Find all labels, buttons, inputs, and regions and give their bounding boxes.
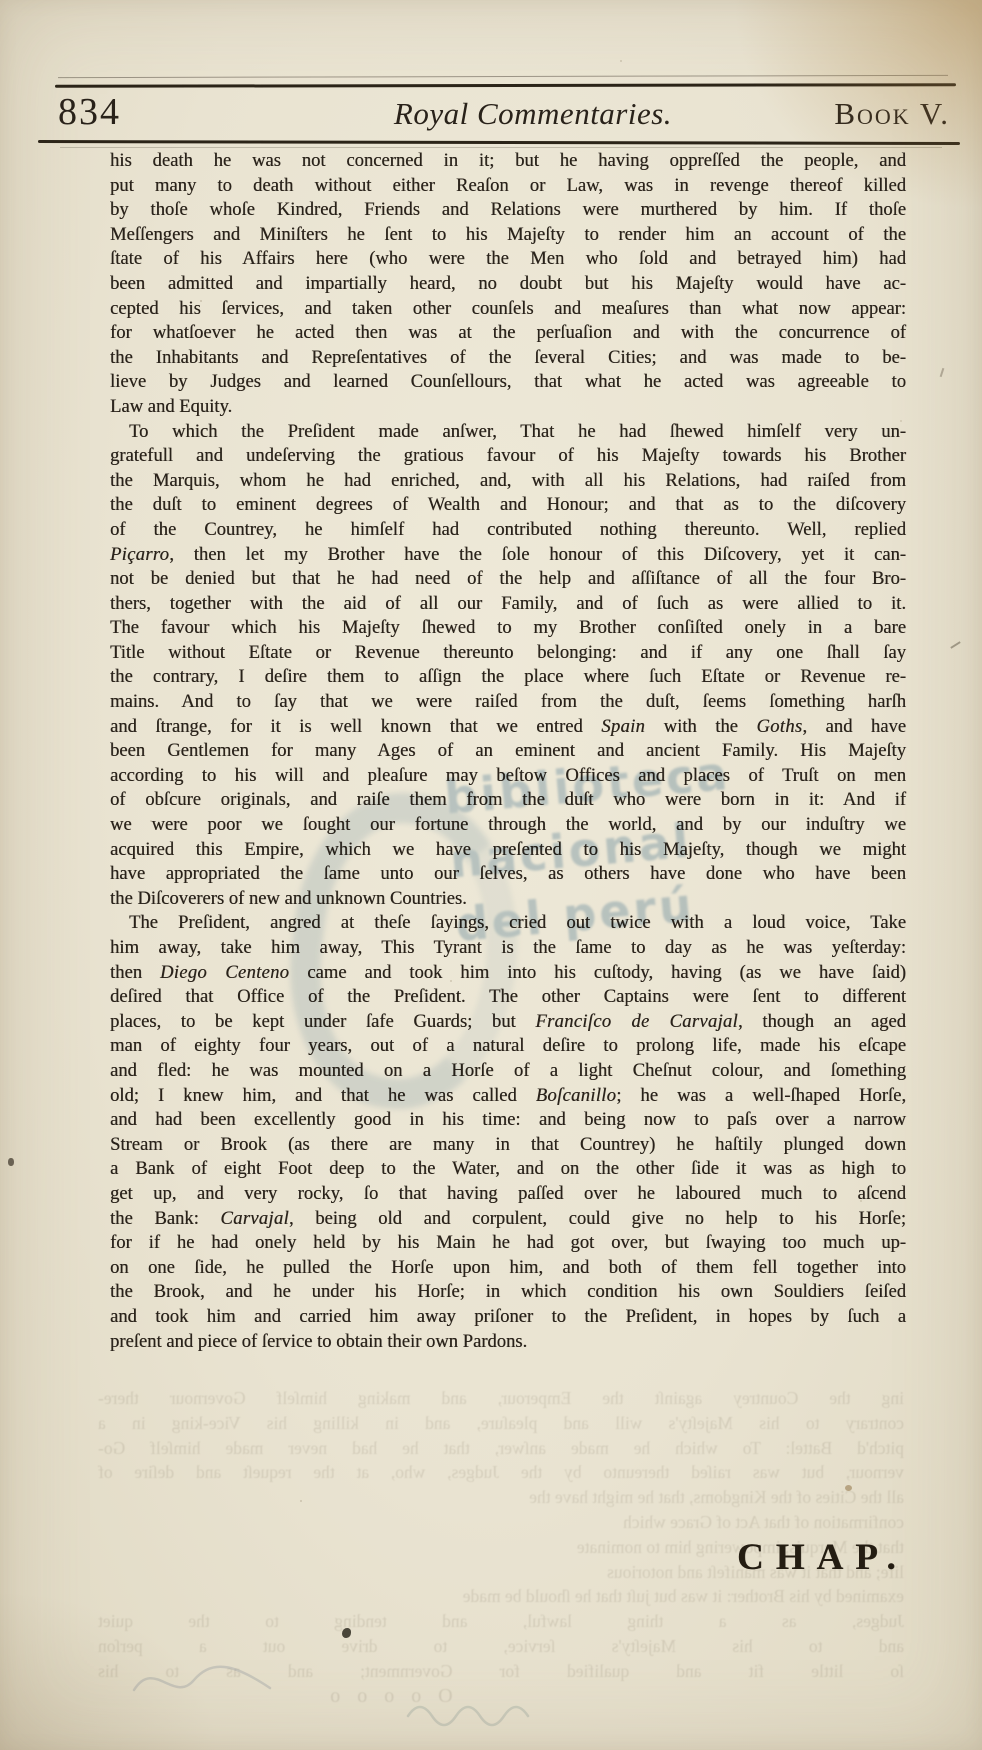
- body-text: his death he was not concerned in it; bu…: [110, 149, 906, 1354]
- ghost-line: all the Cities of the Kingdoms, that he …: [437, 1485, 904, 1510]
- text-line: and fled: he was mounted on a Horſe of a…: [110, 1059, 906, 1084]
- ghost-line: ing the Countrey againſt the Emperour, a…: [98, 1386, 904, 1411]
- text-line: the Marquis, whom he had enriched, and, …: [110, 469, 906, 494]
- ghost-line: vernour, but was raiſed thereunto by the…: [98, 1460, 904, 1485]
- margin-mark: [940, 368, 945, 377]
- text-line: the contrary, I deſire them to aſſign th…: [110, 665, 906, 690]
- text-line: his death he was not concerned in it; bu…: [110, 149, 906, 174]
- text-line: The favour which his Majeſty ſhewed to m…: [110, 616, 906, 641]
- ghost-line: contrary to his Majeſty's will and pleaſ…: [98, 1411, 904, 1436]
- text-line: of the Countrey, he himſelf had contribu…: [110, 518, 906, 543]
- ghost-line: examined by his Brother: it was but juſt…: [437, 1584, 904, 1609]
- text-line: we were poor we ſought our fortune throu…: [110, 813, 906, 838]
- text-line: ſtate of his Affairs here (who were the …: [110, 247, 906, 272]
- text-line: places, to be kept under ſafe Guards; bu…: [110, 1010, 906, 1035]
- text-line: get up, and very rocky, ſo that having p…: [110, 1182, 906, 1207]
- text-line: the Diſcoverers of new and unknown Count…: [110, 887, 906, 912]
- text-line: Meſſengers and Miniſters he ſent to his …: [110, 223, 906, 248]
- text-line: not be denied but that he had need of th…: [110, 567, 906, 592]
- pencil-mark: [402, 1692, 552, 1732]
- text-line: Title without Eſtate or Revenue thereunt…: [110, 641, 906, 666]
- text-line: according to his will and pleaſure may b…: [110, 764, 906, 789]
- text-line: preſent and piece of ſervice to obtain t…: [110, 1330, 906, 1355]
- text-line: Law and Equity.: [110, 395, 906, 420]
- text-line: by thoſe whoſe Kindred, Friends and Rela…: [110, 198, 906, 223]
- edge-speck: [8, 1158, 14, 1166]
- text-line: the Brook, and he under his Horſe; in wh…: [110, 1280, 906, 1305]
- text-line: gratefull and undeſerving the gratious f…: [110, 444, 906, 469]
- text-line: Piçarro, then let my Brother have the ſo…: [110, 543, 906, 568]
- ghost-line: confirmation of that Act of Grace which: [437, 1510, 904, 1535]
- text-line: been admitted and impartially heard, no …: [110, 272, 906, 297]
- text-line: The Preſident, angred at theſe ſayings, …: [110, 911, 906, 936]
- book-page: ing the Countrey againſt the Emperour, a…: [0, 0, 982, 1750]
- text-line: him away, take him away, This Tyrant is …: [110, 936, 906, 961]
- ghost-line: pitch'd Battel: To which he made anſwer,…: [98, 1436, 904, 1461]
- margin-mark: [950, 641, 960, 649]
- text-line: for whatſoever he acted then was at the …: [110, 321, 906, 346]
- text-line: thers, together with the aid of all our …: [110, 592, 906, 617]
- text-line: cepted his ſervices, and taken other cou…: [110, 297, 906, 322]
- text-line: and had been excellently good in his tim…: [110, 1108, 906, 1133]
- text-line: To which the Preſident made anſwer, That…: [110, 420, 906, 445]
- text-line: for if he had onely held by his Main he …: [110, 1231, 906, 1256]
- paper-freckle: [845, 1485, 852, 1491]
- text-line: old; I knew him, and that he was called …: [110, 1084, 906, 1109]
- text-line: man of eighty four years, out of a natur…: [110, 1034, 906, 1059]
- text-line: a Bank of eight Foot deep to the Water, …: [110, 1157, 906, 1182]
- text-line: lieve by Judges and learned Counſellours…: [110, 370, 906, 395]
- text-line: mains. And to ſay that we were raiſed fr…: [110, 690, 906, 715]
- text-line: and took him and carried him away priſon…: [110, 1305, 906, 1330]
- text-line: Stream or Brook (as there are many in th…: [110, 1133, 906, 1158]
- text-line: put many to death without either Reaſon …: [110, 174, 906, 199]
- text-line: deſired that Office of the Preſident. Th…: [110, 985, 906, 1010]
- text-line: of obſcure originals, and raiſe them fro…: [110, 788, 906, 813]
- text-line: and ſtrange, for it is well known that w…: [110, 715, 906, 740]
- text-line: acquired this Empire, which we have preſ…: [110, 838, 906, 863]
- text-line: been Gentlemen for many Ages of an emine…: [110, 739, 906, 764]
- text-line: the Bank: Carvajal, being old and corpul…: [110, 1207, 906, 1232]
- chapter-heading: CHAP.: [737, 1536, 908, 1579]
- text-line: then Diego Centeno came and took him int…: [110, 961, 906, 986]
- pencil-mark: [128, 1650, 278, 1710]
- text-line: the duſt to eminent degrees of Wealth an…: [110, 493, 906, 518]
- text-line: have appropriated the ſame unto our ſelv…: [110, 862, 906, 887]
- text-line: on one ſide, he pulled the Horſe upon hi…: [110, 1256, 906, 1281]
- text-line: the Inhabitants and Repreſentatives of t…: [110, 346, 906, 371]
